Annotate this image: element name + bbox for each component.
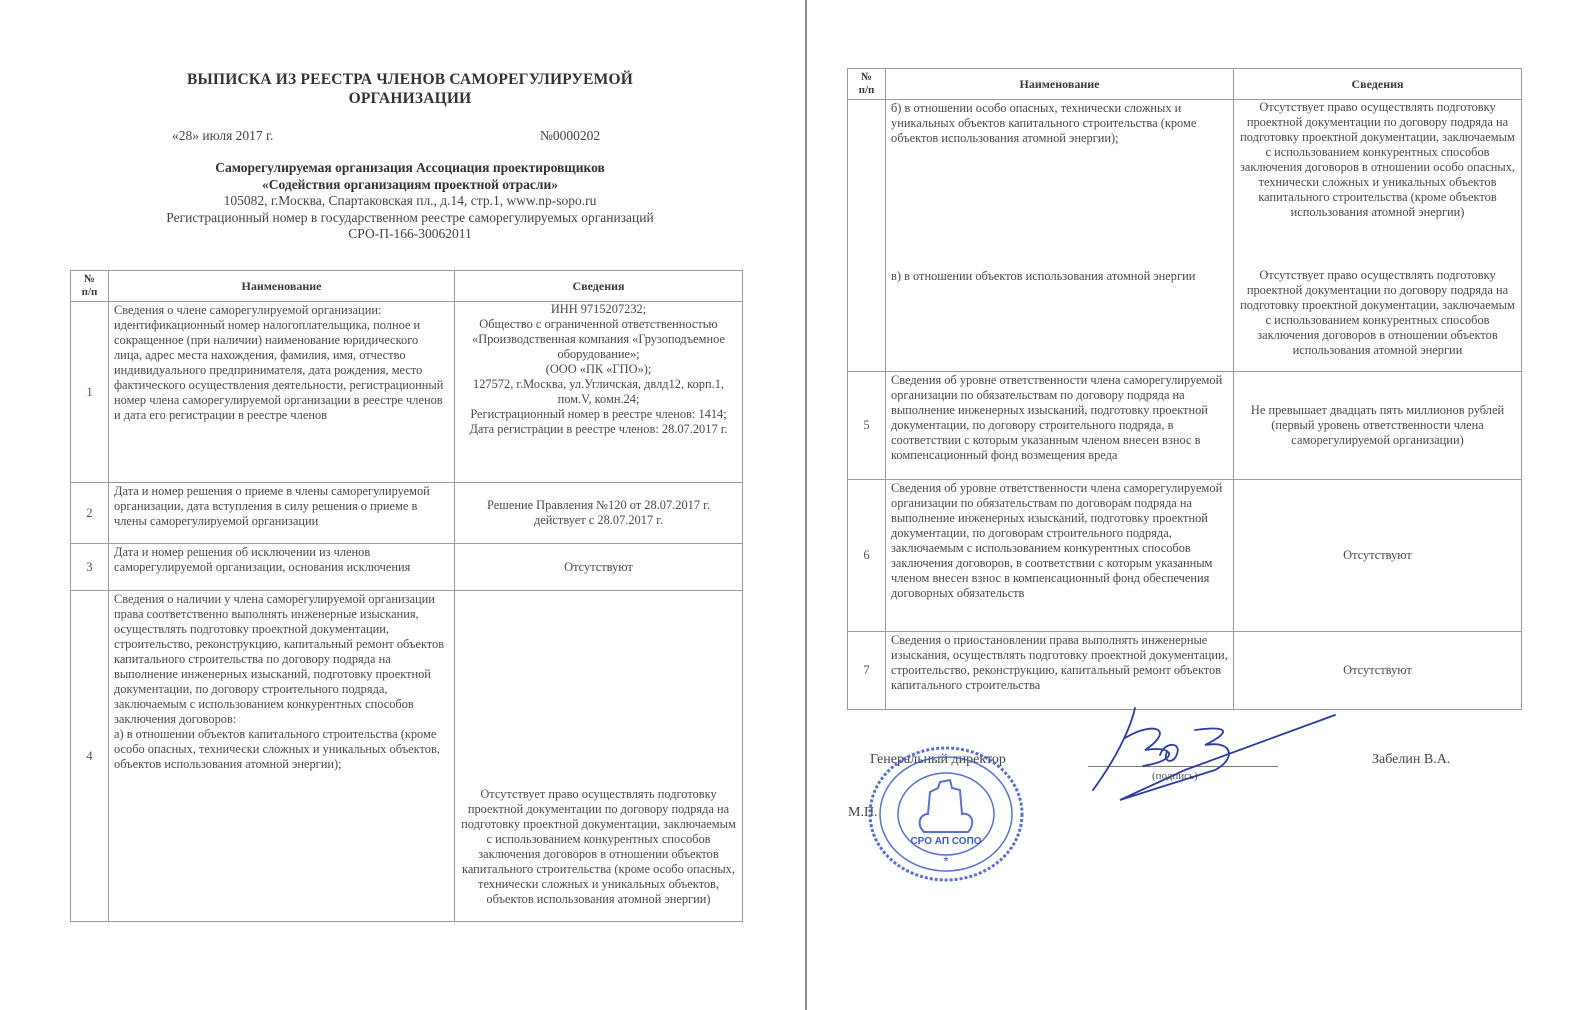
title-line-1: ВЫПИСКА ИЗ РЕЕСТРА ЧЛЕНОВ САМОРЕГУЛИРУЕМ… <box>100 70 720 89</box>
row-name: Дата и номер решения об исключении из чл… <box>109 544 455 591</box>
reg-label: Регистрационный номер в государственном … <box>100 210 720 227</box>
row-name: Сведения о приостановлении права выполня… <box>886 632 1234 710</box>
svg-text:*: * <box>943 853 949 869</box>
sub-item-a-name: а) в отношении объектов капитального стр… <box>114 727 449 772</box>
col-header-num: №п/п <box>848 69 886 100</box>
document-number: №0000202 <box>540 128 600 144</box>
table-row: 3 Дата и номер решения об исключении из … <box>71 544 743 591</box>
table-header-row: №п/п Наименование Сведения <box>848 69 1522 100</box>
table-header-row: №п/п Наименование Сведения <box>71 271 743 302</box>
issue-date: «28» июля 2017 г. <box>172 128 273 144</box>
row-info: Решение Правления №120 от 28.07.2017 г. … <box>455 483 743 544</box>
row-name: Дата и номер решения о приеме в члены са… <box>109 483 455 544</box>
row-info: Отсутствует право осуществлять подготовк… <box>1234 100 1522 372</box>
document-title: ВЫПИСКА ИЗ РЕЕСТРА ЧЛЕНОВ САМОРЕГУЛИРУЕМ… <box>100 70 720 108</box>
row-number <box>848 100 886 372</box>
row-info: Отсутствуют <box>1234 480 1522 632</box>
row-number: 6 <box>848 480 886 632</box>
table-row: 2 Дата и номер решения о приеме в члены … <box>71 483 743 544</box>
sub-item-c-name: в) в отношении объектов использования ат… <box>891 269 1228 284</box>
row-info: Отсутствуют <box>455 544 743 591</box>
svg-text:СРО АП СОПО: СРО АП СОПО <box>910 836 981 847</box>
stamp-icon: СРО АП СОПО * <box>866 744 1026 884</box>
row-info: ИНН 9715207232; Общество с ограниченной … <box>455 302 743 483</box>
row-number: 5 <box>848 372 886 480</box>
row-number: 1 <box>71 302 109 483</box>
row-number: 2 <box>71 483 109 544</box>
table-row: 5 Сведения об уровне ответственности чле… <box>848 372 1522 480</box>
reg-number: СРО-П-166-30062011 <box>100 226 720 243</box>
sub-item-c-info: Отсутствует право осуществлять подготовк… <box>1239 268 1516 358</box>
org-name-line-1: Саморегулируемая организация Ассоциация … <box>100 160 720 177</box>
sub-item-b-name: б) в отношении особо опасных, технически… <box>891 101 1228 269</box>
registry-table-part-1: №п/п Наименование Сведения 1 Сведения о … <box>70 270 743 922</box>
title-line-2: ОРГАНИЗАЦИИ <box>100 89 720 108</box>
row-info: Отсутствуют <box>1234 632 1522 710</box>
table-row-continued: б) в отношении особо опасных, технически… <box>848 100 1522 372</box>
row-name: Сведения о члене саморегулируемой органи… <box>109 302 455 483</box>
row-name: б) в отношении особо опасных, технически… <box>886 100 1234 372</box>
sub-item-b-info: Отсутствует право осуществлять подготовк… <box>1239 100 1516 268</box>
table-row: 4 Сведения о наличии у члена саморегулир… <box>71 591 743 922</box>
col-header-name: Наименование <box>886 69 1234 100</box>
signer-name: Забелин В.А. <box>1372 752 1450 768</box>
row-name: Сведения о наличии у члена саморегулируе… <box>109 591 455 922</box>
col-header-info: Сведения <box>1234 69 1522 100</box>
row-name: Сведения об уровне ответственности члена… <box>886 480 1234 632</box>
row-name: Сведения об уровне ответственности члена… <box>886 372 1234 480</box>
org-name-line-2: «Содействия организациям проектной отрас… <box>100 177 720 194</box>
col-header-name: Наименование <box>109 271 455 302</box>
org-address: 105082, г.Москва, Спартаковская пл., д.1… <box>100 193 720 210</box>
col-header-info: Сведения <box>455 271 743 302</box>
col-header-num: №п/п <box>71 271 109 302</box>
signature-icon <box>1085 700 1345 810</box>
table-row: 6 Сведения об уровне ответственности чле… <box>848 480 1522 632</box>
page-1: ВЫПИСКА ИЗ РЕЕСТРА ЧЛЕНОВ САМОРЕГУЛИРУЕМ… <box>0 0 805 1010</box>
table-row: 1 Сведения о члене саморегулируемой орга… <box>71 302 743 483</box>
row-number: 3 <box>71 544 109 591</box>
sub-item-a-info: Отсутствует право осуществлять подготовк… <box>460 787 737 907</box>
row-info: Не превышает двадцать пять миллионов руб… <box>1234 372 1522 480</box>
row-info: Отсутствует право осуществлять подготовк… <box>455 591 743 922</box>
table-row: 7 Сведения о приостановлении права выпол… <box>848 632 1522 710</box>
row-number: 7 <box>848 632 886 710</box>
row-number: 4 <box>71 591 109 922</box>
organization-block: Саморегулируемая организация Ассоциация … <box>100 160 720 243</box>
registry-table-part-2: №п/п Наименование Сведения б) в отношени… <box>847 68 1522 710</box>
